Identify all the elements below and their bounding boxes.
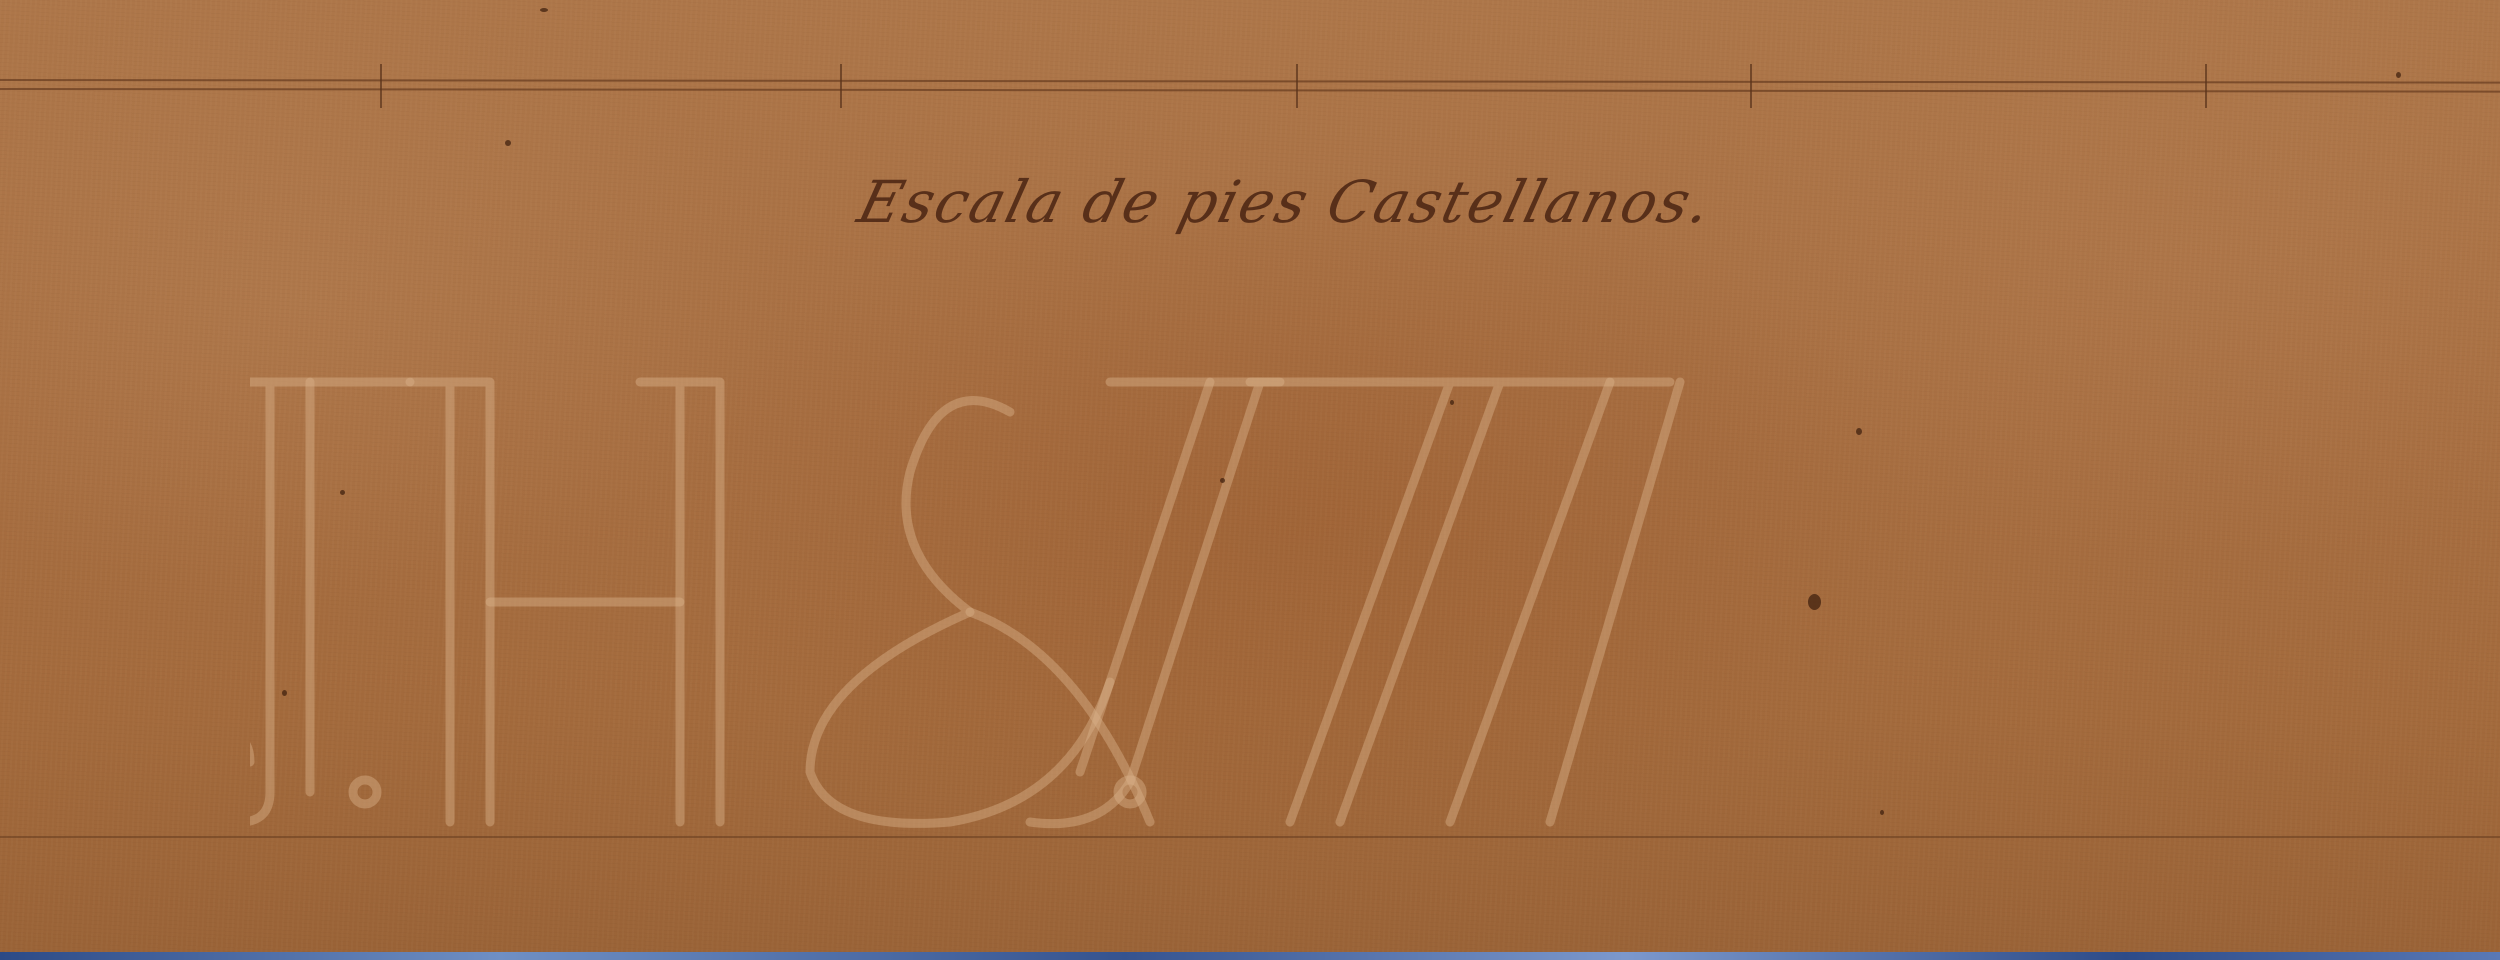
- paper-speck: [282, 690, 287, 696]
- scale-tick: [1750, 64, 1752, 108]
- paper-speck: [1450, 400, 1454, 405]
- bottom-border-rule: [0, 836, 2500, 838]
- scan-bottom-edge: [0, 952, 2500, 960]
- paper-speck: [340, 490, 345, 495]
- paper-speck: [2396, 72, 2401, 78]
- paper-speck: [540, 8, 548, 12]
- scale-tick: [380, 64, 382, 108]
- paper-speck: [1808, 594, 1821, 610]
- scale-tick: [840, 64, 842, 108]
- watermark: [250, 352, 2250, 842]
- paper-speck: [1220, 478, 1225, 483]
- paper-speck: [1880, 810, 1884, 815]
- watermark-letters-icon: [250, 352, 2250, 842]
- scale-tick: [1296, 64, 1298, 108]
- scale-tick: [2205, 64, 2207, 108]
- paper-sheet: Escala de pies Castellanos.: [0, 0, 2500, 952]
- scale-caption: Escala de pies Castellanos.: [852, 168, 1720, 236]
- paper-speck: [505, 140, 511, 146]
- paper-speck: [1856, 428, 1862, 435]
